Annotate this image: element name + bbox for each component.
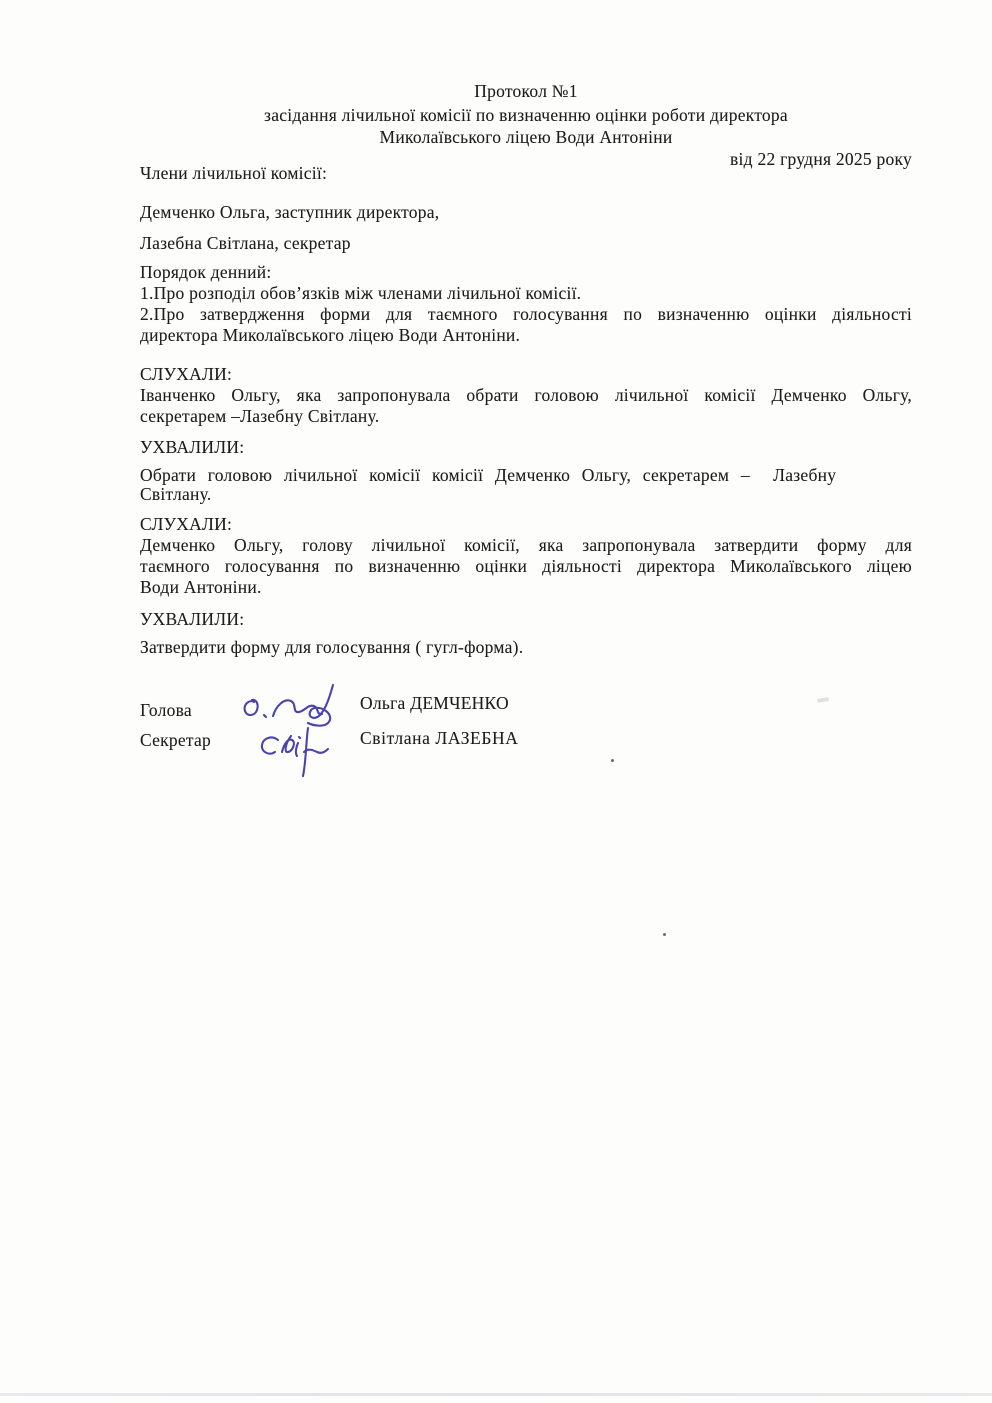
document-subtitle-line2: Миколаївського ліцею Води Антоніни [140,126,912,148]
section-heard-2: СЛУХАЛИ: Демченко Ольгу, голову лічильно… [140,514,912,598]
signature-role-head: Голова [140,700,192,721]
signature-stroke-secretary [299,737,300,738]
document-title: Протокол №1 [140,80,912,102]
section-body: Демченко Ольгу, голову лічильної комісії… [140,535,912,598]
section-body: Іванченко Ольгу, яка запропонувала обрат… [140,385,912,427]
section-heading: СЛУХАЛИ: [140,514,912,535]
scan-page-edge [0,1393,992,1396]
section-body-line: Іванченко Ольгу, яка запропонувала обрат… [140,385,912,406]
section-body-line: таємного голосування по визначенню оцінк… [140,556,912,577]
handwritten-signatures [240,682,360,780]
section-heading: СЛУХАЛИ: [140,364,912,385]
agenda-heading: Порядок денний: [140,262,912,283]
agenda-item-2-line2: директора Миколаївського ліцею Води Анто… [140,325,912,346]
agenda-item-2-line1: 2.Про затвердження форми для таємного го… [140,304,912,325]
section-body-line: Демченко Ольгу, голову лічильної комісії… [140,535,912,556]
scanned-protocol-document: Протокол №1 засідання лічильної комісії … [0,0,992,1403]
signature-name-secretary: Світлана ЛАЗЕБНА [360,728,518,749]
document-subtitle-line1: засідання лічильної комісії по визначенн… [140,104,912,126]
section-heading: УХВАЛИЛИ: [140,609,912,630]
signature-stroke-head [264,715,266,717]
agenda-item-1: 1.Про розподіл обов’язків між членами лі… [140,283,912,304]
signature-stroke-head [245,700,258,715]
signature-stroke-secretary [282,736,294,752]
section-resolved-2: УХВАЛИЛИ: Затвердити форму для голосуван… [140,609,912,658]
section-body-line: Обрати головою лічильної комісії комісії… [140,466,912,485]
section-body: Затвердити форму для голосування ( гугл-… [140,637,912,658]
section-body-line: Світлану. [140,485,912,504]
section-body-line: Води Антоніни. [140,577,912,598]
signature-name-head: Ольга ДЕМЧЕНКО [360,693,509,714]
signature-block: Голова Секретар Ольга ДЕМЧЕНКО Світлана … [140,688,912,798]
signature-role-secretary: Секретар [140,730,211,751]
member-item: Лазебна Світлана, секретар [140,233,912,254]
agenda-item-2: 2.Про затвердження форми для таємного го… [140,304,912,346]
scan-speck [611,759,614,762]
section-body: Обрати головою лічильної комісії комісії… [140,466,912,504]
section-heard-1: СЛУХАЛИ: Іванченко Ольгу, яка запропонув… [140,364,912,427]
section-body-line: Затвердити форму для голосування ( гугл-… [140,637,912,658]
member-item: Демченко Ольга, заступник директора, [140,202,912,223]
signature-stroke-secretary [296,743,298,756]
section-resolved-1: УХВАЛИЛИ: Обрати головою лічильної коміс… [140,437,912,504]
signature-stroke-secretary [304,749,328,753]
scan-speck [663,933,666,936]
signature-stroke-secretary [262,738,278,754]
section-body-line: секретарем –Лазебну Світлану. [140,406,912,427]
section-heading: УХВАЛИЛИ: [140,437,912,458]
